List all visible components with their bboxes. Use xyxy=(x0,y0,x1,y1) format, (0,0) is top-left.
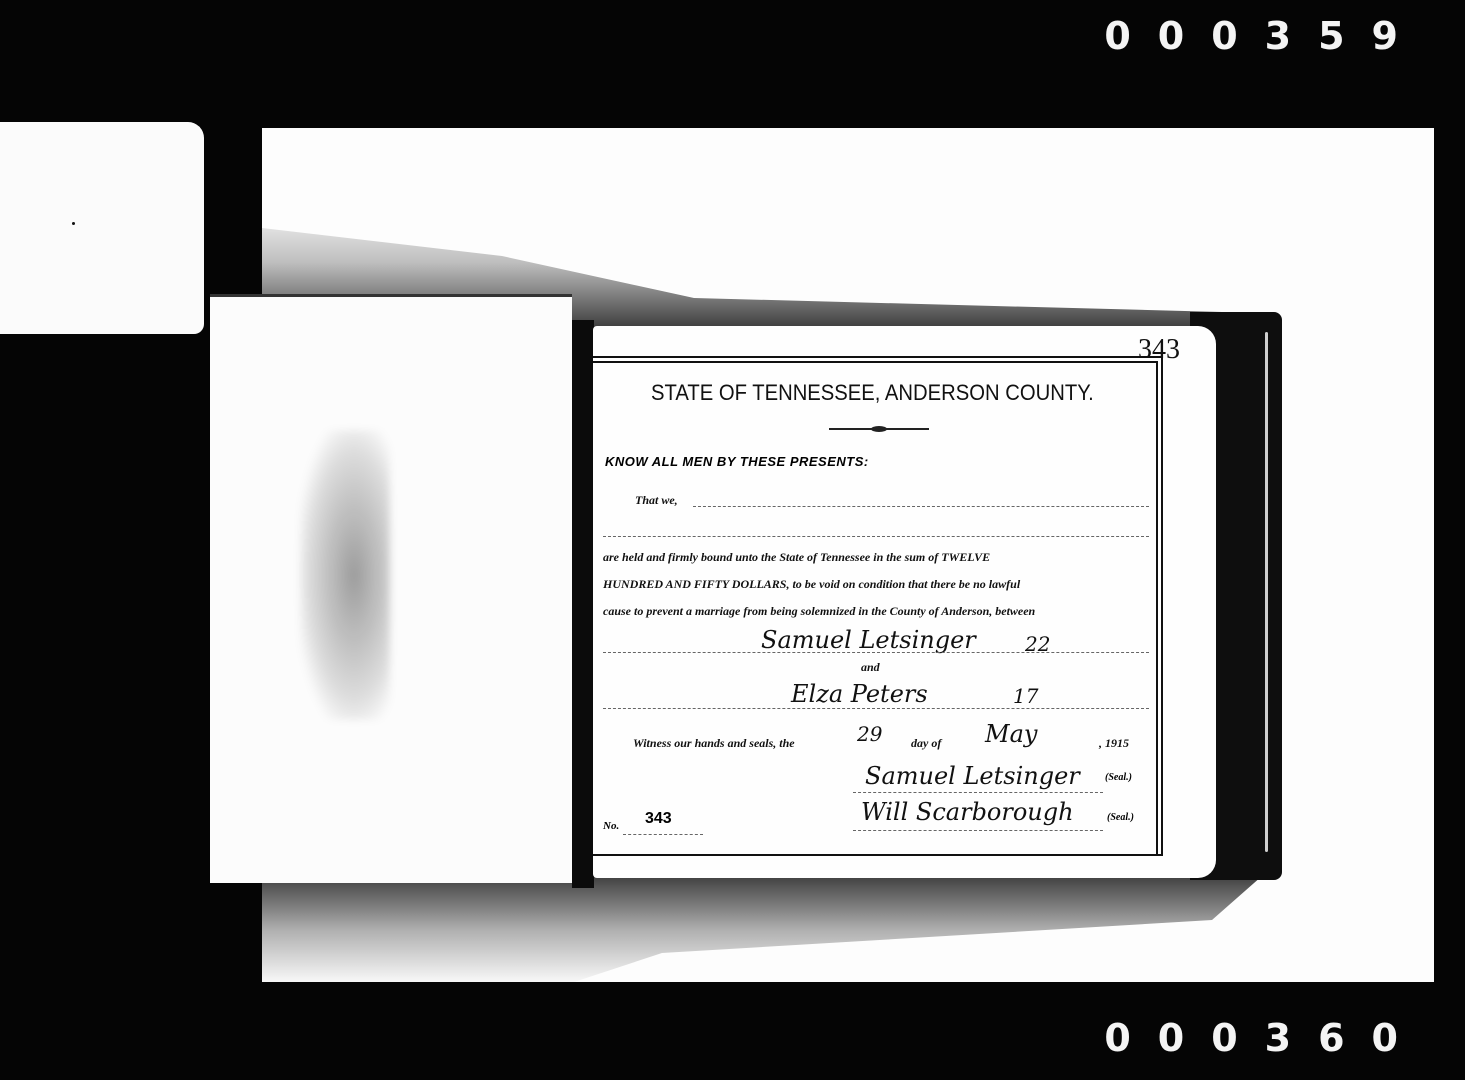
and-label: and xyxy=(861,660,880,675)
body-line-2: HUNDRED AND FIFTY DOLLARS, to be void on… xyxy=(603,577,1151,592)
witness-year: , 1915 xyxy=(1099,736,1129,751)
witness-label: Witness our hands and seals, the xyxy=(633,736,795,751)
title-ornament-divider xyxy=(829,428,929,430)
book-gutter xyxy=(572,320,594,888)
witness-day: 29 xyxy=(857,722,882,746)
witness-month: May xyxy=(985,720,1037,748)
signature-line-1 xyxy=(853,792,1103,794)
frame-number-bottom: 000360 xyxy=(1104,1016,1425,1060)
seal-label-1: (Seal.) xyxy=(1105,772,1132,783)
party-2-line xyxy=(603,708,1149,710)
party-2-name: Elza Peters xyxy=(791,680,928,708)
signature-2: Will Scarborough xyxy=(861,798,1074,826)
lead-heading: KNOW ALL MEN BY THESE PRESENTS: xyxy=(605,454,869,469)
signature-line-2 xyxy=(853,830,1103,832)
bond-number: 343 xyxy=(645,810,672,828)
blank-line-1 xyxy=(693,506,1149,508)
party-1-line xyxy=(603,652,1149,654)
ink-bleed-through xyxy=(300,430,390,720)
body-line-3: cause to prevent a marriage from being s… xyxy=(603,604,1151,619)
previous-frame-edge xyxy=(0,122,204,334)
body-line-1: are held and firmly bound unto the State… xyxy=(603,550,1151,565)
marriage-bond-page: 343 STATE OF TENNESSEE, ANDERSON COUNTY.… xyxy=(593,326,1216,878)
left-page-blank xyxy=(210,294,572,883)
party-1-name: Samuel Letsinger xyxy=(761,626,976,654)
number-line xyxy=(623,834,703,836)
frame-number-top: 000359 xyxy=(1104,14,1425,58)
that-we-label: That we, xyxy=(635,493,678,508)
party-2-age: 17 xyxy=(1013,684,1038,708)
film-speck xyxy=(72,222,75,225)
day-of-label: day of xyxy=(911,736,941,751)
seal-label-2: (Seal.) xyxy=(1107,812,1134,823)
blank-line-2 xyxy=(603,536,1149,538)
document-title: STATE OF TENNESSEE, ANDERSON COUNTY. xyxy=(651,380,1094,406)
number-label: No. xyxy=(603,820,619,832)
signature-1: Samuel Letsinger xyxy=(865,762,1080,790)
